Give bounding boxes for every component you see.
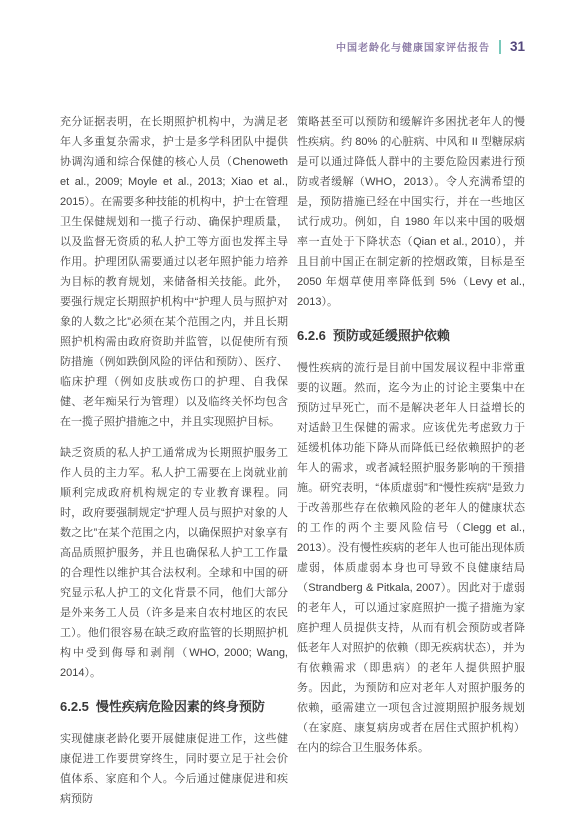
left-column: 充分证据表明，在长期照护机构中，为满足老年人多重复杂需求，护士是多学科团队中提供… (60, 112, 288, 820)
report-title: 中国老龄化与健康国家评估报告 (336, 39, 490, 54)
section-number: 6.2.5 (60, 699, 89, 714)
paragraph-care-dependence: 慢性疾病的流行是目前中国发展议程中非常重要的议题。然而，迄今为止的讨论主要集中在… (297, 358, 525, 758)
section-title: 预防或延缓照护依赖 (333, 328, 450, 343)
report-page: 中国老龄化与健康国家评估报告 31 充分证据表明，在长期照护机构中，为满足老年人… (0, 0, 580, 820)
right-column: 策略甚至可以预防和缓解许多困扰老年人的慢性疾病。约 80% 的心脏病、中风和 I… (297, 112, 525, 820)
section-title: 慢性疾病危险因素的终身预防 (96, 699, 265, 714)
page-header: 中国老龄化与健康国家评估报告 31 (336, 39, 525, 54)
header-separator (499, 40, 501, 54)
section-heading-6-2-6: 6.2.6预防或延缓照护依赖 (297, 327, 525, 345)
section-heading-6-2-5: 6.2.5慢性疾病危险因素的终身预防 (60, 698, 288, 716)
paragraph-nursing-staff: 充分证据表明，在长期照护机构中，为满足老年人多重复杂需求，护士是多学科团队中提供… (60, 112, 288, 432)
paragraph-health-promotion: 实现健康老龄化要开展健康促进工作，这些健康促进工作要贯穿终生，同时要立足于社会价… (60, 729, 288, 809)
paragraph-prevention-strategies: 策略甚至可以预防和缓解许多困扰老年人的慢性疾病。约 80% 的心脏病、中风和 I… (297, 112, 525, 312)
paragraph-private-caregivers: 缺乏资质的私人护工通常成为长期照护服务工作人员的主力军。私人护工需要在上岗就业前… (60, 443, 288, 683)
page-number: 31 (510, 39, 525, 54)
section-number: 6.2.6 (297, 328, 326, 343)
page-body: 充分证据表明，在长期照护机构中，为满足老年人多重复杂需求，护士是多学科团队中提供… (60, 112, 526, 820)
